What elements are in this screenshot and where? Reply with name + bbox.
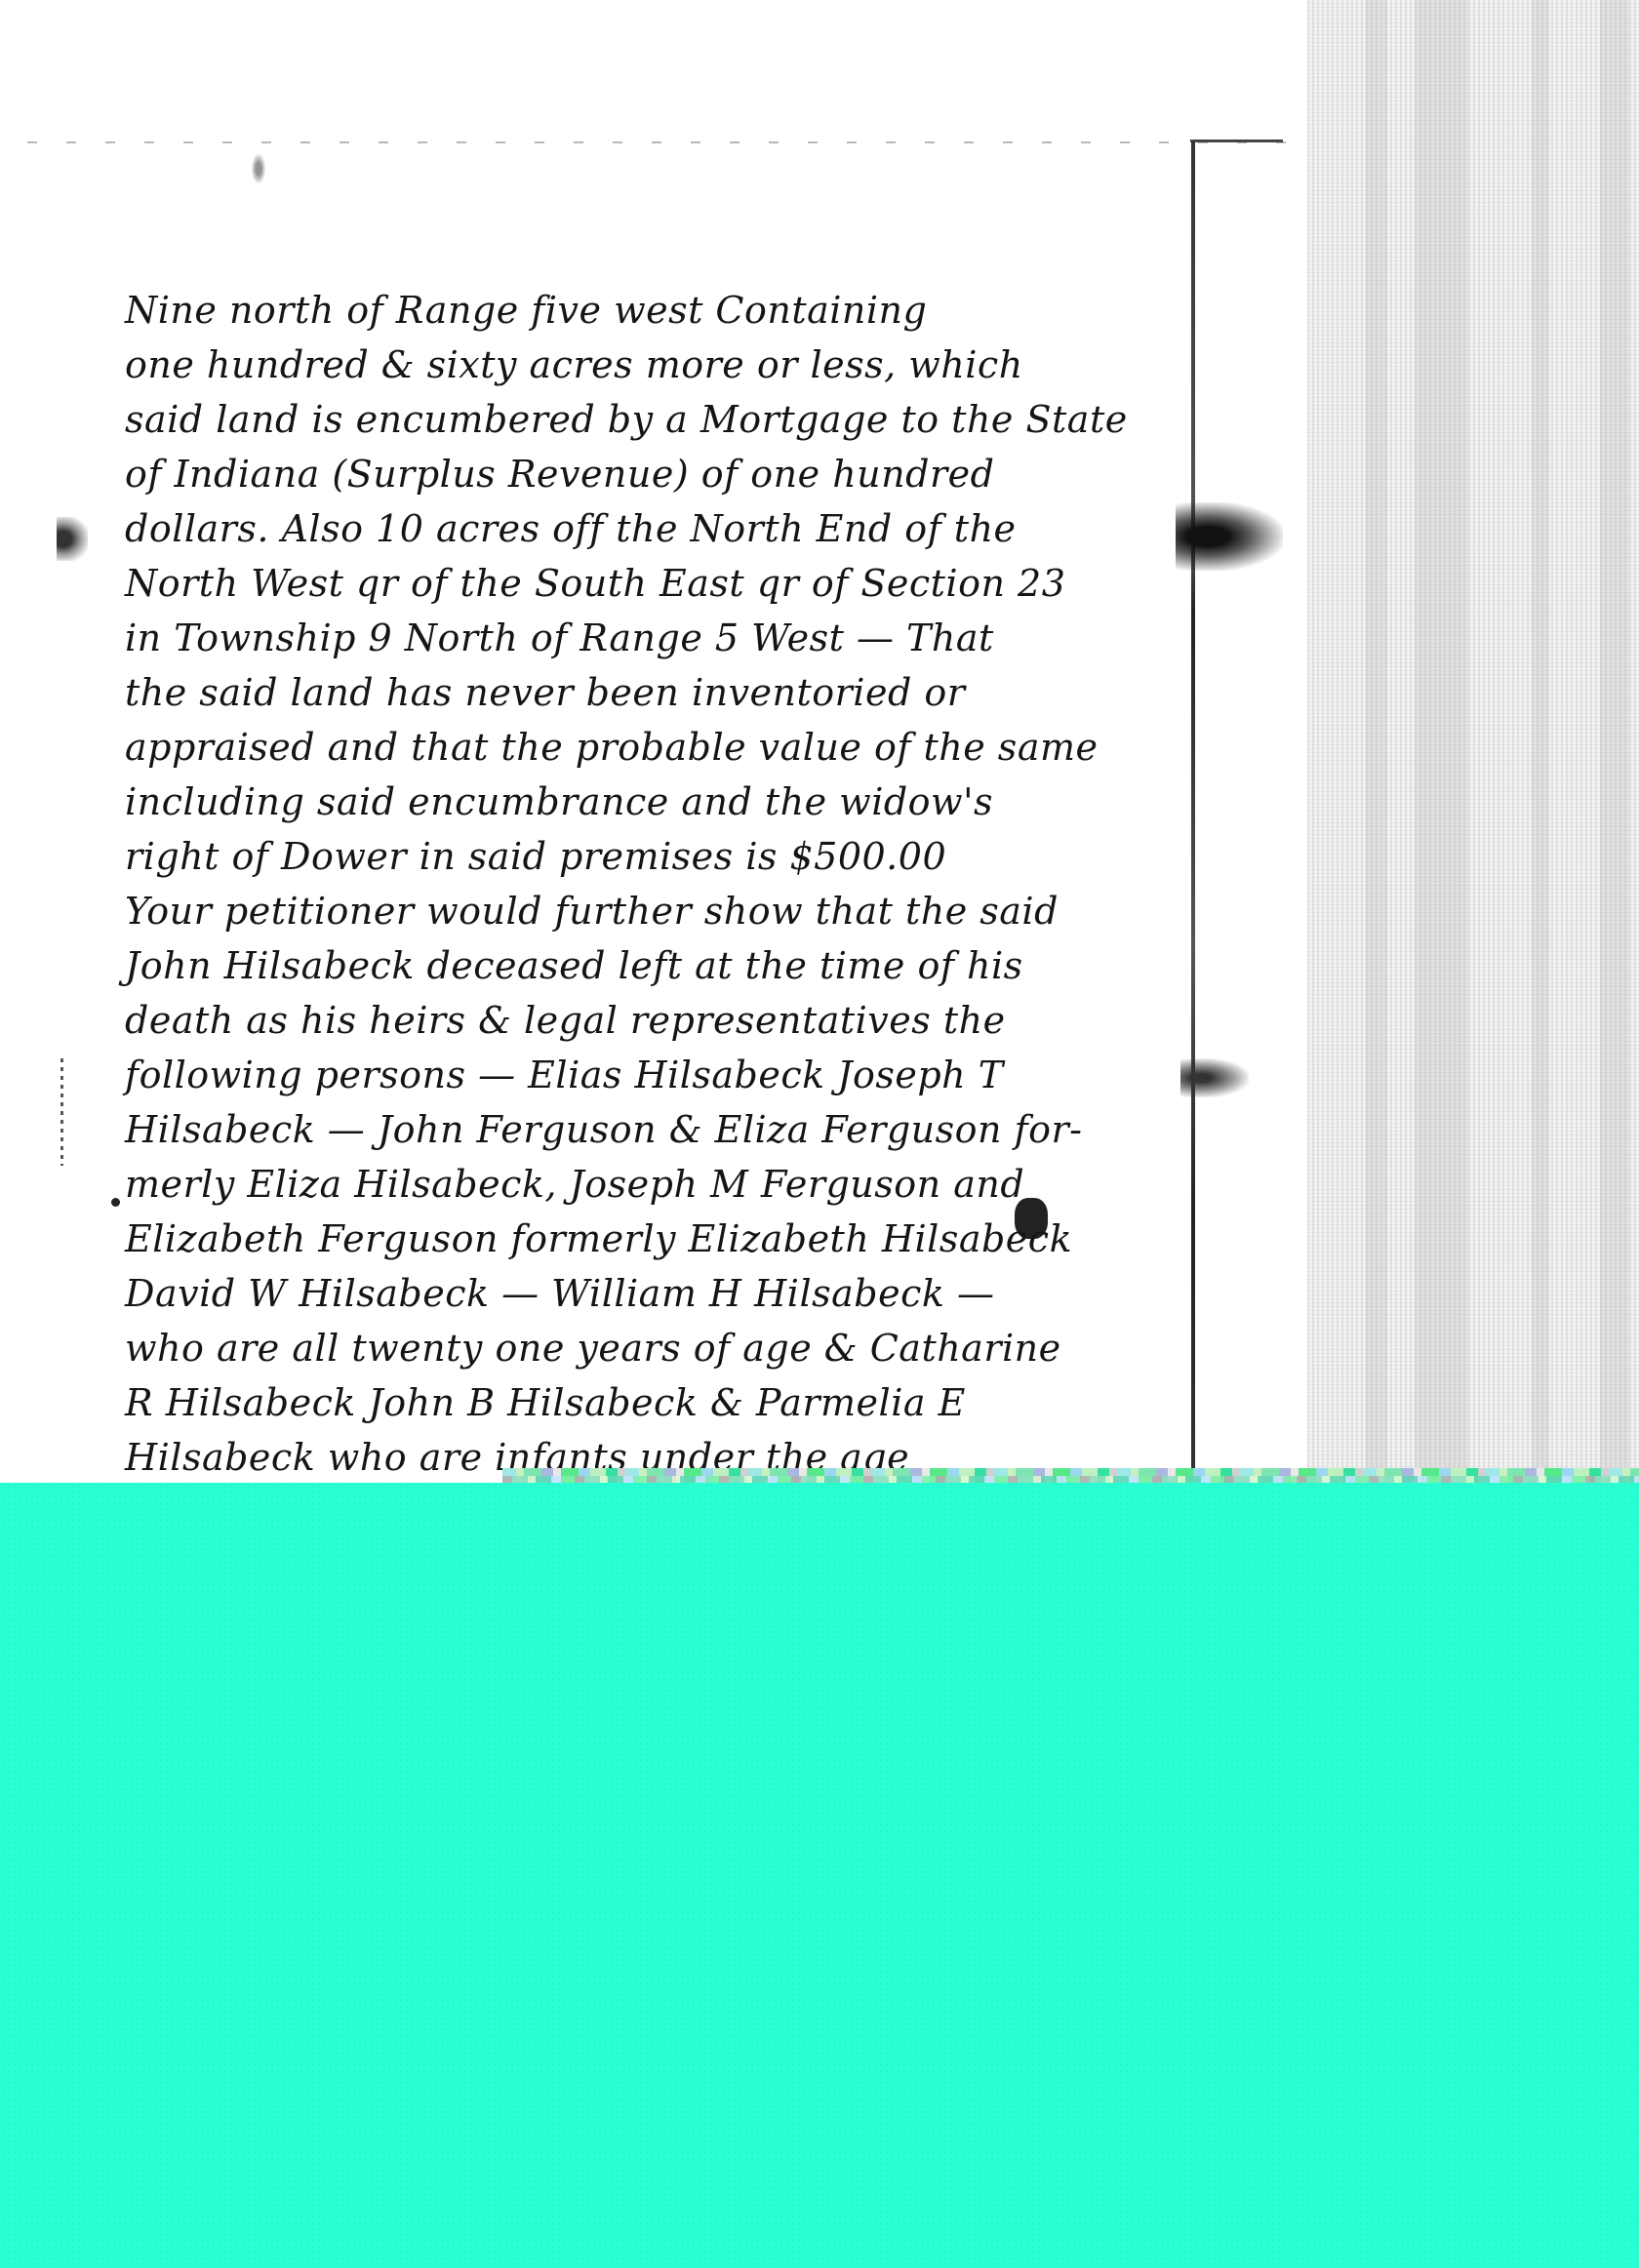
page-corner-rule	[1190, 139, 1283, 142]
text-line: of Indiana (Surplus Revenue) of one hund…	[125, 447, 1198, 501]
text-line: including said encumbrance and the widow…	[125, 775, 1198, 829]
text-line: R Hilsabeck John B Hilsabeck & Parmelia …	[125, 1375, 1198, 1430]
scanner-margin-strip	[1307, 0, 1639, 1483]
text-line: dollars. Also 10 acres off the North End…	[125, 501, 1198, 556]
text-line: one hundred & sixty acres more or less, …	[125, 338, 1198, 392]
text-line: appraised and that the probable value of…	[125, 720, 1198, 775]
page-top-rule	[27, 141, 1286, 143]
text-line: death as his heirs & legal representativ…	[125, 993, 1198, 1048]
text-line: said land is encumbered by a Mortgage to…	[125, 392, 1198, 447]
text-line: Your petitioner would further show that …	[125, 884, 1198, 938]
text-line: right of Dower in said premises is $500.…	[125, 829, 1198, 884]
top-smudge	[252, 154, 265, 183]
text-line: North West qr of the South East qr of Se…	[125, 556, 1198, 611]
text-line: in Township 9 North of Range 5 West — Th…	[125, 611, 1198, 665]
text-line: Elizabeth Ferguson formerly Elizabeth Hi…	[125, 1212, 1198, 1266]
text-line: who are all twenty one years of age & Ca…	[125, 1321, 1198, 1375]
text-line: the said land has never been inventoried…	[125, 665, 1198, 720]
left-margin-dash	[60, 1058, 63, 1166]
left-margin-mark	[57, 517, 88, 561]
corrupted-image-region	[0, 1483, 1639, 2268]
text-line: following persons — Elias Hilsabeck Jose…	[125, 1048, 1198, 1102]
margin-dot	[111, 1198, 120, 1207]
text-line: Hilsabeck — John Ferguson & Eliza Fergus…	[125, 1102, 1198, 1157]
text-line: John Hilsabeck deceased left at the time…	[125, 938, 1198, 993]
text-line: Nine north of Range five west Containing	[125, 283, 1198, 338]
handwritten-text-body: Nine north of Range five west Containing…	[125, 283, 1198, 1594]
text-line: merly Eliza Hilsabeck, Joseph M Ferguson…	[125, 1157, 1198, 1212]
text-line: David W Hilsabeck — William H Hilsabeck …	[125, 1266, 1198, 1321]
